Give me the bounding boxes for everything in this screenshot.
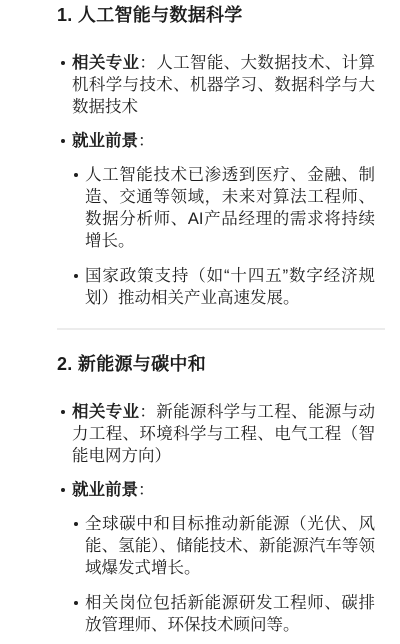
item-label: 相关专业 — [72, 403, 139, 421]
bullet-list: 相关专业：新能源科学与工程、能源与动力工程、环境科学与工程、电气工程（智能电网方… — [57, 401, 375, 636]
section-title: 2. 新能源与碳中和 — [57, 352, 375, 376]
list-item-related-majors: 相关专业：人工智能、大数据技术、计算机科学与技术、机器学习、数据科学与大数据技术 — [72, 52, 375, 118]
section-divider — [57, 328, 385, 330]
sub-item-text: 全球碳中和目标推动新能源（光伏、风能、氢能）、储能技术、新能源汽车等领域爆发式增… — [85, 515, 375, 577]
sub-bullet-list: 人工智能技术已渗透到医疗、金融、制造、交通等领域，未来对算法工程师、数据分析师、… — [72, 164, 375, 309]
document: 1. 人工智能与数据科学 相关专业：人工智能、大数据技术、计算机科学与技术、机器… — [0, 0, 400, 636]
section-new-energy: 2. 新能源与碳中和 相关专业：新能源科学与工程、能源与动力工程、环境科学与工程… — [57, 352, 375, 636]
item-text: ： — [138, 481, 155, 499]
sub-bullet-list: 全球碳中和目标推动新能源（光伏、风能、氢能）、储能技术、新能源汽车等领域爆发式增… — [72, 513, 375, 636]
list-item-job-outlook: 就业前景： 人工智能技术已渗透到医疗、金融、制造、交通等领域，未来对算法工程师、… — [72, 130, 375, 309]
bullet-list: 相关专业：人工智能、大数据技术、计算机科学与技术、机器学习、数据科学与大数据技术… — [57, 52, 375, 309]
sub-item-text: 相关岗位包括新能源研发工程师、碳排放管理师、环保技术顾问等。 — [85, 594, 375, 634]
list-item-related-majors: 相关专业：新能源科学与工程、能源与动力工程、环境科学与工程、电气工程（智能电网方… — [72, 401, 375, 467]
sub-item-text: 国家政策支持（如“十四五”数字经济规划）推动相关产业高速发展。 — [85, 267, 375, 307]
section-ai-data-science: 1. 人工智能与数据科学 相关专业：人工智能、大数据技术、计算机科学与技术、机器… — [57, 3, 375, 309]
sub-list-item: 全球碳中和目标推动新能源（光伏、风能、氢能）、储能技术、新能源汽车等领域爆发式增… — [85, 513, 375, 579]
item-label: 就业前景 — [72, 481, 138, 499]
sub-list-item: 国家政策支持（如“十四五”数字经济规划）推动相关产业高速发展。 — [85, 265, 375, 309]
item-text: ： — [138, 132, 155, 150]
sub-item-text: 人工智能技术已渗透到医疗、金融、制造、交通等领域，未来对算法工程师、数据分析师、… — [85, 166, 375, 250]
item-label: 相关专业 — [72, 54, 139, 72]
item-label: 就业前景 — [72, 132, 138, 150]
section-title: 1. 人工智能与数据科学 — [57, 3, 375, 27]
sub-list-item: 人工智能技术已渗透到医疗、金融、制造、交通等领域，未来对算法工程师、数据分析师、… — [85, 164, 375, 252]
sub-list-item: 相关岗位包括新能源研发工程师、碳排放管理师、环保技术顾问等。 — [85, 592, 375, 636]
list-item-job-outlook: 就业前景： 全球碳中和目标推动新能源（光伏、风能、氢能）、储能技术、新能源汽车等… — [72, 479, 375, 636]
